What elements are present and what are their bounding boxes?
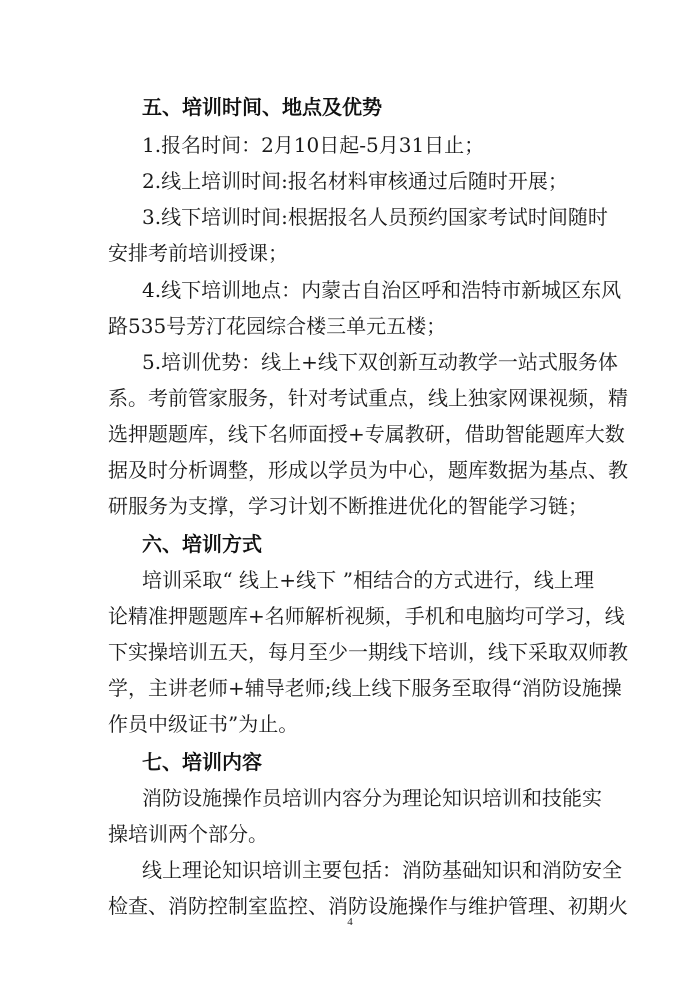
section-heading-5: 五、培训时间、地点及优势 xyxy=(142,92,382,122)
paragraph-line: 学，主讲老师+辅导老师;线上线下服务至取得“消防设施操 xyxy=(108,673,594,703)
paragraph-line: 安排考前培训授课； xyxy=(108,238,594,268)
paragraph-line: 系。考前管家服务，针对考试重点，线上独家网课视频，精 xyxy=(108,383,594,413)
paragraph-line: 研服务为支撑，学习计划不断推进优化的智能学习链； xyxy=(108,491,594,521)
section-heading-6: 六、培训方式 xyxy=(142,529,262,559)
paragraph-line: 5.培训优势：线上+线下双创新互动教学一站式服务体 xyxy=(142,347,594,377)
paragraph-line: 论精准押题题库+名师解析视频，手机和电脑均可学习，线 xyxy=(108,601,594,631)
paragraph-line: 路535号芳汀花园综合楼三单元五楼； xyxy=(108,311,594,341)
paragraph-line: 下实操培训五天，每月至少一期线下培训，线下采取双师教 xyxy=(108,637,594,667)
paragraph-line: 选押题题库，线下名师面授+专属教研，借助智能题库大数 xyxy=(108,419,594,449)
document-page: 五、培训时间、地点及优势 1.报名时间：2月10日起-5月31日止； 2.线上培… xyxy=(0,0,700,990)
paragraph-line: 1.报名时间：2月10日起-5月31日止； xyxy=(142,130,594,160)
paragraph-line: 3.线下培训时间:根据报名人员预约国家考试时间随时 xyxy=(142,202,594,232)
paragraph-line: 据及时分析调整，形成以学员为中心，题库数据为基点、教 xyxy=(108,455,594,485)
paragraph-line: 线上理论知识培训主要包括：消防基础知识和消防安全 xyxy=(142,855,594,885)
paragraph-line: 作员中级证书”为止。 xyxy=(108,709,594,739)
page-number: 4 xyxy=(0,916,700,928)
paragraph-line: 培训采取“ 线上+线下 ”相结合的方式进行，线上理 xyxy=(142,565,594,595)
paragraph-line: 4.线下培训地点：内蒙古自治区呼和浩特市新城区东风 xyxy=(142,275,594,305)
paragraph-line: 消防设施操作员培训内容分为理论知识培训和技能实 xyxy=(142,783,594,813)
paragraph-line: 操培训两个部分。 xyxy=(108,819,594,849)
paragraph-line: 2.线上培训时间:报名材料审核通过后随时开展； xyxy=(142,166,594,196)
section-heading-7: 七、培训内容 xyxy=(142,747,262,777)
